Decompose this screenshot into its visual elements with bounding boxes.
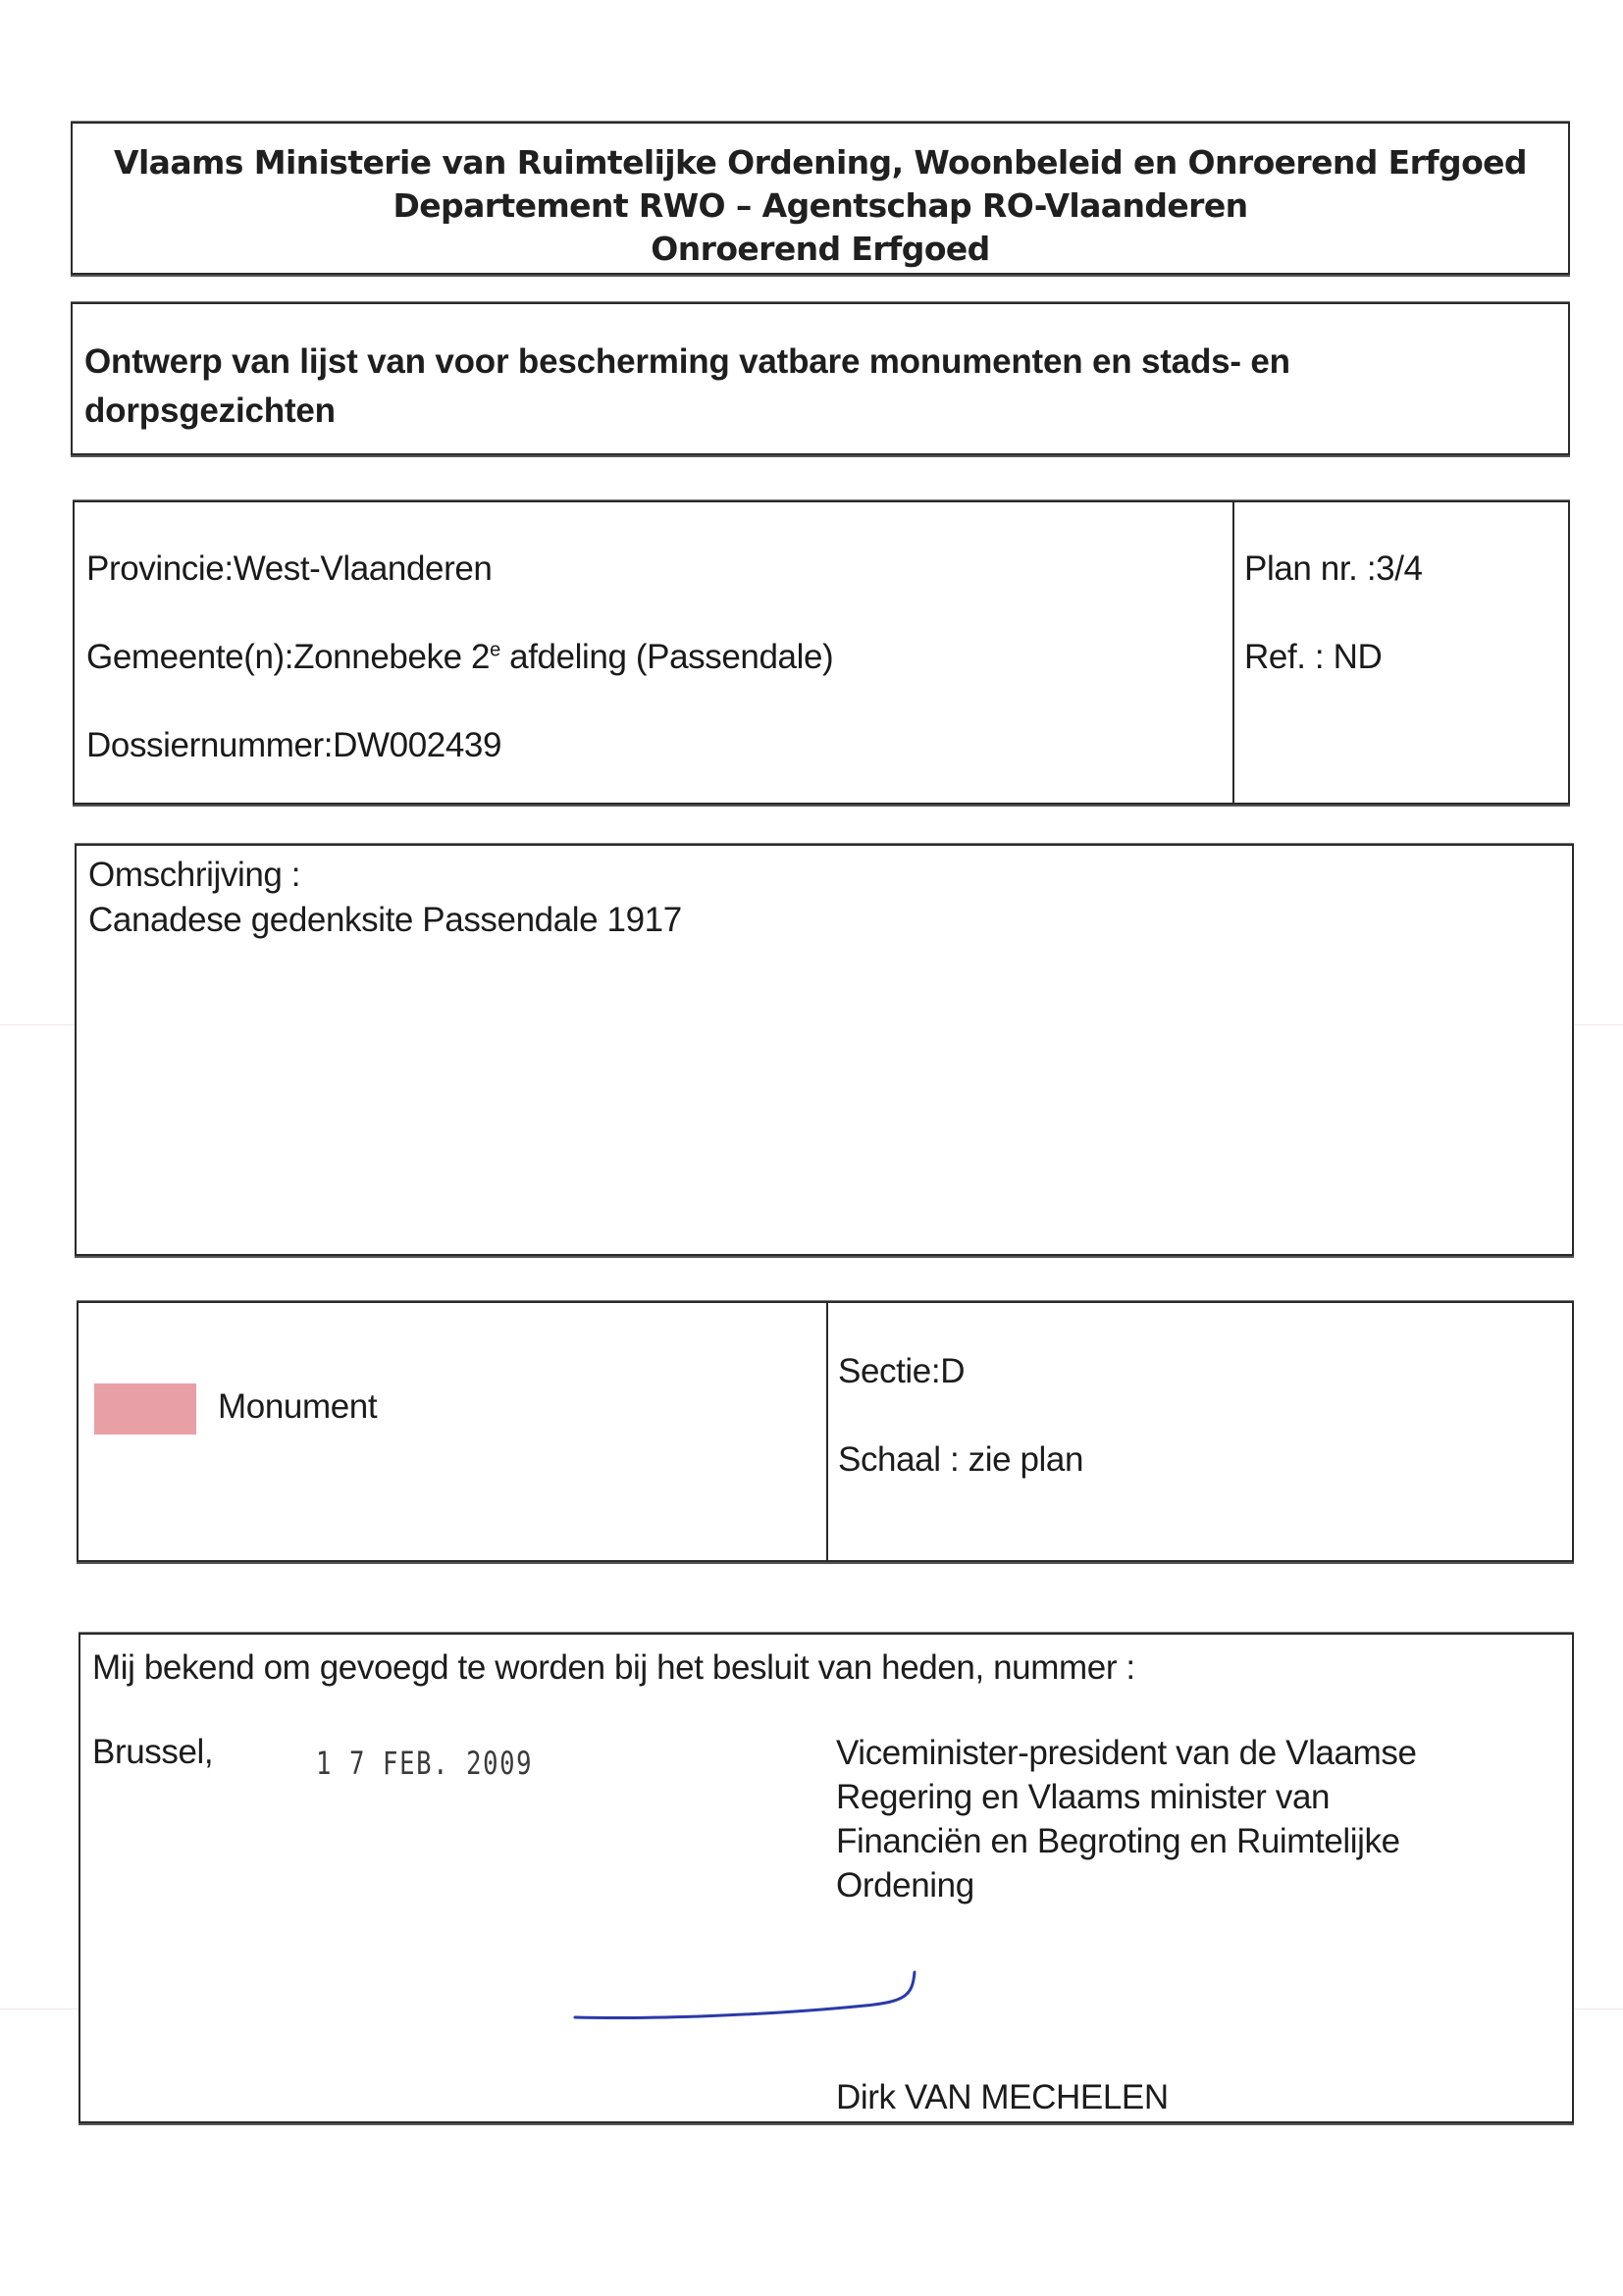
provincie-field: Provincie:West-Vlaanderen	[86, 549, 492, 589]
dossier-label: Dossiernummer:	[86, 726, 333, 764]
gemeente-value-main: Zonnebeke 2	[293, 638, 490, 676]
signature-box: Mij bekend om gevoegd te worden bij het …	[79, 1633, 1574, 2123]
gemeente-value: Zonnebeke 2e afdeling (Passendale)	[293, 638, 833, 676]
reference-field: Ref. : ND	[1244, 638, 1382, 677]
plan-number-label: Plan nr. :	[1244, 549, 1376, 588]
handwritten-signature	[571, 1968, 964, 2037]
gemeente-label: Gemeente(n):	[86, 638, 293, 676]
legend: Monument	[79, 1303, 828, 1560]
provincie-value: West-Vlaanderen	[234, 549, 493, 588]
ministry-name: Vlaams Ministerie van Ruimtelijke Ordeni…	[73, 141, 1568, 184]
document-title: Ontwerp van lijst van voor bescherming v…	[84, 338, 1509, 436]
plan-number-value: 3/4	[1376, 549, 1422, 588]
document-page: { "header": { "lines": [ "Vlaams Ministe…	[0, 0, 1623, 2296]
plan-number-field: Plan nr. :3/4	[1244, 549, 1423, 589]
document-title-box: Ontwerp van lijst van voor bescherming v…	[71, 302, 1570, 455]
date-stamp: 1 7 FEB. 2009	[316, 1745, 533, 1782]
signatory-role: Viceminister-president van de Vlaamse Re…	[836, 1731, 1543, 1907]
location-info-box: Provincie:West-Vlaanderen Gemeente(n):Zo…	[73, 500, 1570, 805]
sectie-label: Sectie:	[838, 1352, 940, 1390]
dossier-field: Dossiernummer:DW002439	[86, 726, 501, 765]
agency-name: Onroerend Erfgoed	[73, 228, 1568, 271]
monument-legend-label: Monument	[218, 1387, 377, 1427]
signatory-name: Dirk VAN MECHELEN	[836, 2078, 1169, 2117]
signatory-role-line: Regering en Vlaams minister van	[836, 1775, 1543, 1819]
legend-section-box: Monument Sectie:D Schaal : zie plan	[77, 1301, 1574, 1562]
reference-value: ND	[1334, 638, 1383, 676]
gemeente-field: Gemeente(n):Zonnebeke 2e afdeling (Passe…	[86, 638, 833, 677]
monument-legend-swatch	[94, 1383, 196, 1435]
description-value: Canadese gedenksite Passendale 1917	[88, 901, 682, 940]
signing-place: Brussel,	[92, 1733, 213, 1772]
dossier-value: DW002439	[333, 726, 501, 764]
schaal-label: Schaal :	[838, 1440, 969, 1479]
schaal-value: zie plan	[969, 1440, 1083, 1479]
schaal-field: Schaal : zie plan	[838, 1440, 1083, 1480]
description-label: Omschrijving :	[88, 856, 300, 895]
gemeente-value-rest: afdeling (Passendale)	[500, 638, 833, 676]
provincie-label: Provincie:	[86, 549, 234, 588]
sectie-field: Sectie:D	[838, 1352, 965, 1391]
description-box: Omschrijving : Canadese gedenksite Passe…	[75, 844, 1574, 1256]
approval-statement: Mij bekend om gevoegd te worden bij het …	[92, 1648, 1135, 1688]
ministry-header: Vlaams Ministerie van Ruimtelijke Ordeni…	[71, 122, 1570, 275]
plan-info-right: Plan nr. :3/4 Ref. : ND	[1234, 502, 1568, 803]
signatory-role-line: Viceminister-president van de Vlaamse	[836, 1731, 1543, 1775]
sectie-value: D	[940, 1352, 965, 1390]
signatory-role-line: Financiën en Begroting en Ruimtelijke	[836, 1819, 1543, 1863]
signatory-role-line: Ordening	[836, 1863, 1543, 1907]
location-info-left: Provincie:West-Vlaanderen Gemeente(n):Zo…	[75, 502, 1234, 803]
gemeente-value-superscript: e	[490, 639, 500, 660]
section-scale-info: Sectie:D Schaal : zie plan	[828, 1303, 1572, 1560]
department-name: Departement RWO – Agentschap RO-Vlaander…	[73, 184, 1568, 228]
reference-label: Ref. :	[1244, 638, 1334, 676]
